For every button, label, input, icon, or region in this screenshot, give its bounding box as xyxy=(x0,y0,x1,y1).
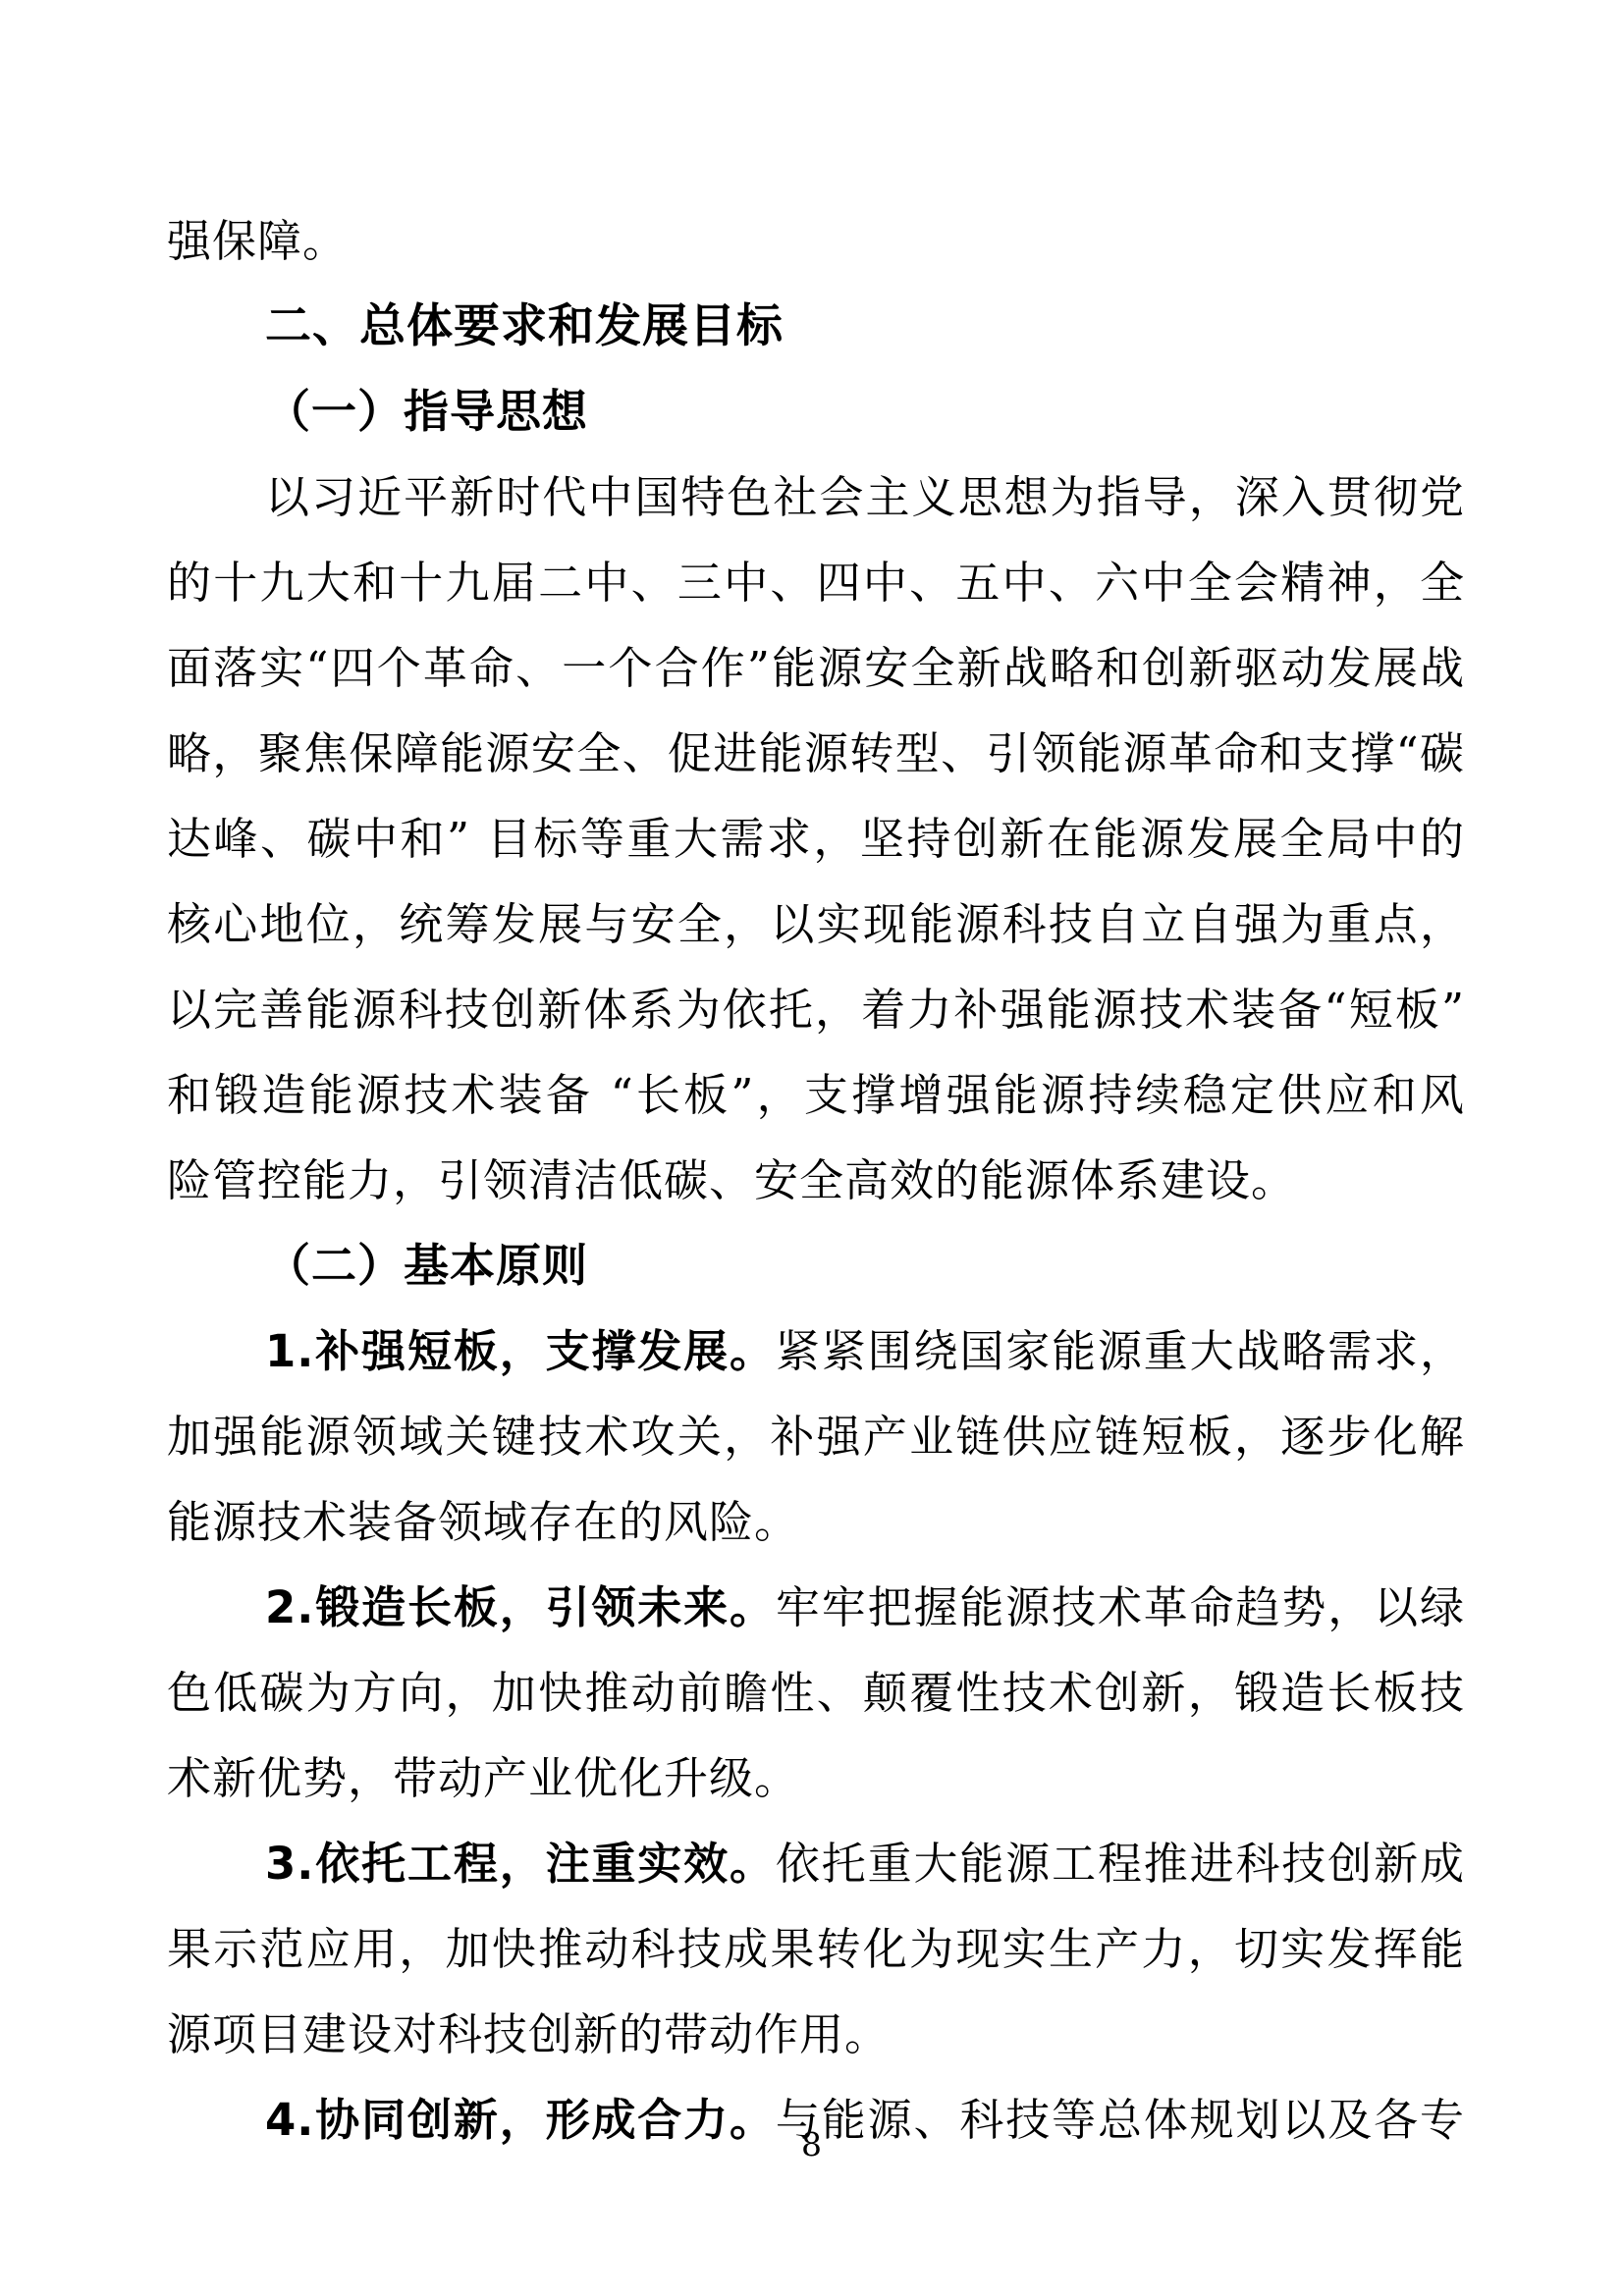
paragraph-line: 核心地位，统筹发展与安全，以实现能源科技自立自强为重点， xyxy=(167,881,1465,967)
page-content: 强保障。 二、总体要求和发展目标 （一）指导思想 以习近平新时代中国特色社会主义… xyxy=(167,198,1465,2163)
principle-text: 紧紧围绕国家能源重大战略需求， xyxy=(776,1325,1465,1377)
subsection-heading-1: （一）指导思想 xyxy=(167,369,1465,454)
paragraph-line: 以习近平新时代中国特色社会主义思想为指导，深入贯彻党 xyxy=(167,454,1465,540)
principle-line: 能源技术装备领域存在的风险。 xyxy=(167,1479,1465,1565)
paragraph-line: 的十九大和十九届二中、三中、四中、五中、六中全会精神，全 xyxy=(167,540,1465,625)
principle-line: 源项目建设对科技创新的带动作用。 xyxy=(167,1992,1465,2077)
principle-lead: 3.依托工程，注重实效。 xyxy=(265,1838,776,1890)
principle-line: 2.锻造长板，引领未来。牢牢把握能源技术革命趋势，以绿 xyxy=(167,1565,1465,1650)
subsection-heading-2: （二）基本原则 xyxy=(167,1223,1465,1308)
principle-line: 3.依托工程，注重实效。依托重大能源工程推进科技创新成 xyxy=(167,1821,1465,1906)
document-page: 强保障。 二、总体要求和发展目标 （一）指导思想 以习近平新时代中国特色社会主义… xyxy=(0,0,1623,2296)
principle-line: 色低碳为方向，加快推动前瞻性、颠覆性技术创新，锻造长板技 xyxy=(167,1650,1465,1735)
principle-lead: 1.补强短板，支撑发展。 xyxy=(265,1325,776,1377)
paragraph-line: 以完善能源科技创新体系为依托，着力补强能源技术装备“短板” xyxy=(167,967,1465,1052)
section-heading: 二、总体要求和发展目标 xyxy=(167,284,1465,369)
principle-line: 术新优势，带动产业优化升级。 xyxy=(167,1735,1465,1821)
paragraph-line: 险管控能力，引领清洁低碳、安全高效的能源体系建设。 xyxy=(167,1138,1465,1223)
principle-line: 果示范应用，加快推动科技成果转化为现实生产力，切实发挥能 xyxy=(167,1906,1465,1992)
principle-text: 牢牢把握能源技术革命趋势，以绿 xyxy=(776,1581,1465,1633)
paragraph-line: 略，聚焦保障能源安全、促进能源转型、引领能源革命和支撑“碳 xyxy=(167,711,1465,796)
paragraph-line: 和锻造能源技术装备 “长板”，支撑增强能源持续稳定供应和风 xyxy=(167,1052,1465,1138)
page-number: 8 xyxy=(801,2125,822,2163)
page-footer: 8 xyxy=(0,2125,1623,2163)
paragraph-line: 面落实“四个革命、一个合作”能源安全新战略和创新驱动发展战 xyxy=(167,625,1465,711)
continuation-line: 强保障。 xyxy=(167,198,1465,284)
principle-text: 依托重大能源工程推进科技创新成 xyxy=(776,1838,1465,1890)
principle-line: 1.补强短板，支撑发展。紧紧围绕国家能源重大战略需求， xyxy=(167,1308,1465,1394)
paragraph-line: 达峰、碳中和” 目标等重大需求，坚持创新在能源发展全局中的 xyxy=(167,796,1465,881)
principle-lead: 2.锻造长板，引领未来。 xyxy=(265,1581,776,1633)
principle-line: 加强能源领域关键技术攻关，补强产业链供应链短板，逐步化解 xyxy=(167,1394,1465,1479)
